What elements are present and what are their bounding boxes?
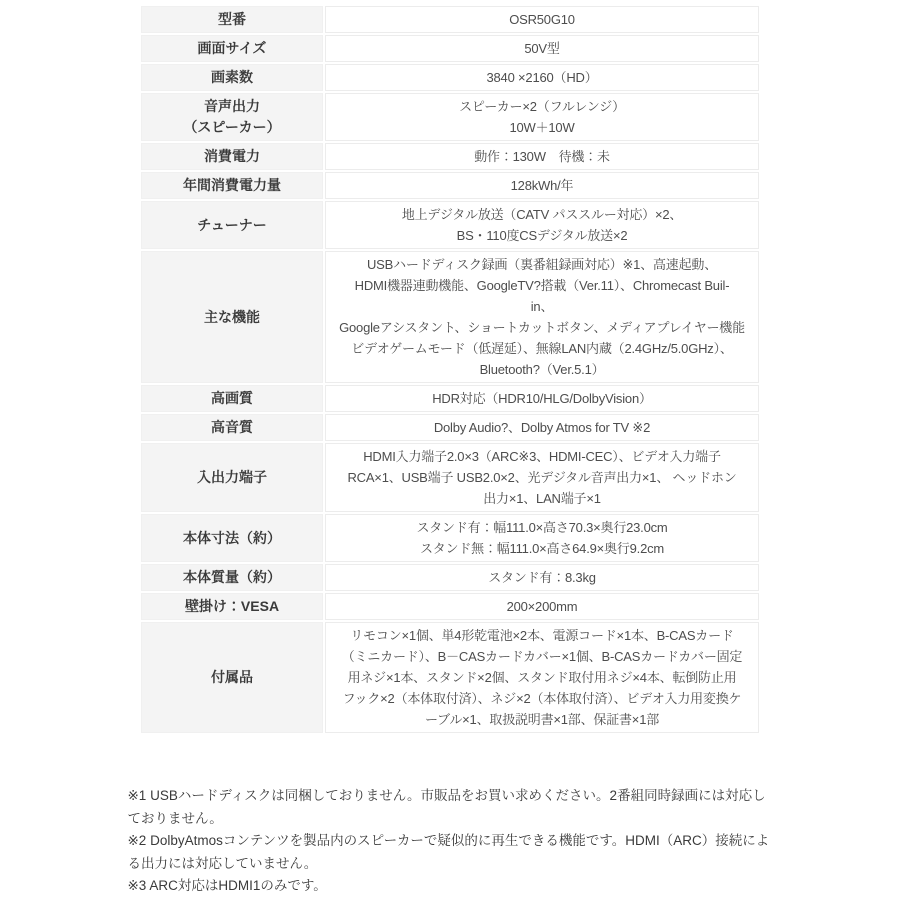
spec-value-audio-output: スピーカー×2（フルレンジ） 10W＋10W [325, 93, 759, 141]
spec-value-main-features: USBハードディスク録画（裏番組録画対応）※1、高速起動、 HDMI機器連動機能… [325, 251, 759, 383]
spec-row-vesa: 壁掛け：VESA 200×200mm [141, 593, 759, 620]
spec-row-io-terminals: 入出力端子 HDMI入力端子2.0×3（ARC※3、HDMI-CEC）、ビデオ入… [141, 443, 759, 512]
footnote-2: ※2 DolbyAtmosコンテンツを製品内のスピーカーで疑似的に再生できる機能… [128, 830, 773, 875]
spec-label-dimensions: 本体寸法（約） [141, 514, 323, 562]
spec-table: 型番 OSR50G10 画面サイズ 50V型 画素数 3840 ×2160（HD… [139, 4, 761, 735]
spec-value-vesa: 200×200mm [325, 593, 759, 620]
spec-label-model: 型番 [141, 6, 323, 33]
spec-value-sound-quality: Dolby Audio?、Dolby Atmos for TV ※2 [325, 414, 759, 441]
spec-row-screen-size: 画面サイズ 50V型 [141, 35, 759, 62]
spec-value-io-terminals: HDMI入力端子2.0×3（ARC※3、HDMI-CEC）、ビデオ入力端子 RC… [325, 443, 759, 512]
spec-label-main-features: 主な機能 [141, 251, 323, 383]
spec-value-dimensions: スタンド有：幅111.0×高さ70.3×奥行23.0cm スタンド無：幅111.… [325, 514, 759, 562]
spec-value-picture-quality: HDR対応（HDR10/HLG/DolbyVision） [325, 385, 759, 412]
spec-value-screen-size: 50V型 [325, 35, 759, 62]
spec-row-resolution: 画素数 3840 ×2160（HD） [141, 64, 759, 91]
spec-label-annual-power: 年間消費電力量 [141, 172, 323, 199]
spec-label-audio-output: 音声出力 （スピーカー） [141, 93, 323, 141]
spec-label-screen-size: 画面サイズ [141, 35, 323, 62]
spec-row-weight: 本体質量（約） スタンド有：8.3kg [141, 564, 759, 591]
spec-value-accessories: リモコン×1個、単4形乾電池×2本、電源コード×1本、B-CASカード （ミニカ… [325, 622, 759, 733]
spec-value-model: OSR50G10 [325, 6, 759, 33]
spec-row-power-consumption: 消費電力 動作：130W 待機：未 [141, 143, 759, 170]
spec-label-vesa: 壁掛け：VESA [141, 593, 323, 620]
spec-row-tuner: チューナー 地上デジタル放送（CATV パススルー対応）×2、 BS・110度C… [141, 201, 759, 249]
footnote-1: ※1 USBハードディスクは同梱しておりません。市販品をお買い求めください。2番… [128, 785, 773, 830]
spec-table-body: 型番 OSR50G10 画面サイズ 50V型 画素数 3840 ×2160（HD… [141, 6, 759, 733]
spec-value-resolution: 3840 ×2160（HD） [325, 64, 759, 91]
spec-label-sound-quality: 高音質 [141, 414, 323, 441]
spec-label-io-terminals: 入出力端子 [141, 443, 323, 512]
footnote-3: ※3 ARC対応はHDMI1のみです。 [128, 875, 773, 898]
spec-row-accessories: 付属品 リモコン×1個、単4形乾電池×2本、電源コード×1本、B-CASカード … [141, 622, 759, 733]
spec-row-audio-output: 音声出力 （スピーカー） スピーカー×2（フルレンジ） 10W＋10W [141, 93, 759, 141]
spec-value-power-consumption: 動作：130W 待機：未 [325, 143, 759, 170]
spec-label-power-consumption: 消費電力 [141, 143, 323, 170]
spec-row-picture-quality: 高画質 HDR対応（HDR10/HLG/DolbyVision） [141, 385, 759, 412]
spec-label-picture-quality: 高画質 [141, 385, 323, 412]
spec-label-accessories: 付属品 [141, 622, 323, 733]
spec-row-annual-power: 年間消費電力量 128kWh/年 [141, 172, 759, 199]
spec-label-weight: 本体質量（約） [141, 564, 323, 591]
spec-value-weight: スタンド有：8.3kg [325, 564, 759, 591]
spec-row-model: 型番 OSR50G10 [141, 6, 759, 33]
spec-value-annual-power: 128kWh/年 [325, 172, 759, 199]
spec-label-resolution: 画素数 [141, 64, 323, 91]
spec-label-tuner: チューナー [141, 201, 323, 249]
spec-row-dimensions: 本体寸法（約） スタンド有：幅111.0×高さ70.3×奥行23.0cm スタン… [141, 514, 759, 562]
spec-row-main-features: 主な機能 USBハードディスク録画（裏番組録画対応）※1、高速起動、 HDMI機… [141, 251, 759, 383]
spec-value-tuner: 地上デジタル放送（CATV パススルー対応）×2、 BS・110度CSデジタル放… [325, 201, 759, 249]
spec-row-sound-quality: 高音質 Dolby Audio?、Dolby Atmos for TV ※2 [141, 414, 759, 441]
footnotes: ※1 USBハードディスクは同梱しておりません。市販品をお買い求めください。2番… [128, 785, 773, 898]
